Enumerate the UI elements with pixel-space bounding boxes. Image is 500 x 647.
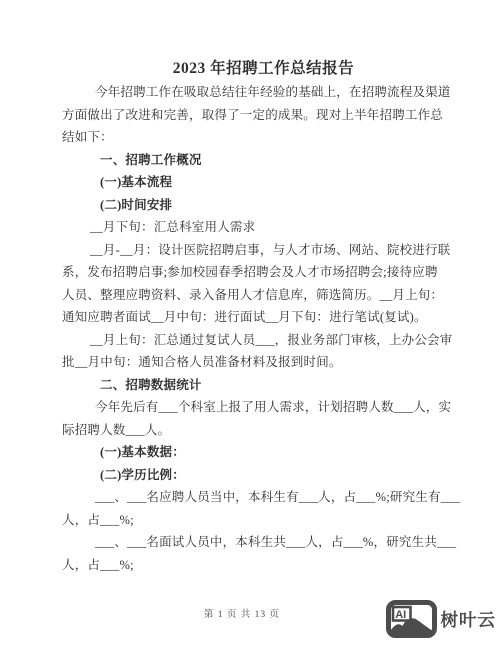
document-line: 人，占___%; <box>62 554 437 577</box>
document-line: __月上旬：汇总通过复试人员___，报业务部门审核，上办公会审 <box>62 329 437 352</box>
document-line: ___、___名应聘人员当中，本科生有___人，占___%;研究生有___ <box>62 486 437 509</box>
document-line: 际招聘人数___人。 <box>62 419 437 442</box>
document-line: (二)时间安排 <box>62 194 437 217</box>
document-line: 今年先后有___个科室上报了用人需求，计划招聘人数___人，实 <box>62 396 437 419</box>
document-line: __月下旬：汇总科室用人需求 <box>62 216 437 239</box>
ai-image-icon: AI <box>386 600 437 638</box>
document-line: 二、招聘数据统计 <box>62 374 437 397</box>
document-line: 一、招聘工作概况 <box>62 149 437 172</box>
document-body: 今年招聘工作在吸取总结往年经验的基础上，在招聘流程及渠道方面做出了改进和完善，取… <box>62 81 437 576</box>
document-line: 人员、整理应聘资料、录入备用人才信息库，筛选简历。__月上旬： <box>62 284 437 307</box>
document-line: ___、___名面试人员中，本科生共___人，占___%，研究生共___ <box>62 531 437 554</box>
document-line: 通知应聘者面试__月中旬：进行面试__月下旬：进行笔试(复试)。 <box>62 306 437 329</box>
document-line: 今年招聘工作在吸取总结往年经验的基础上，在招聘流程及渠道 <box>62 81 437 104</box>
document-line: 方面做出了改进和完善，取得了一定的成果。现对上半年招聘工作总 <box>62 104 437 127</box>
document-page: 2023 年招聘工作总结报告 今年招聘工作在吸取总结往年经验的基础上，在招聘流程… <box>0 0 500 647</box>
ai-icon-label: AI <box>395 609 406 621</box>
document-line: (一)基本流程 <box>62 171 437 194</box>
document-line: 系，发布招聘启事;参加校园春季招聘会及人才市场招聘会;接待应聘 <box>62 261 437 284</box>
document-line: (二)学历比例： <box>62 464 437 487</box>
document-line: (一)基本数据： <box>62 441 437 464</box>
brand-name: 树叶云 <box>441 607 497 632</box>
document-line: 结如下： <box>62 126 437 149</box>
document-line: __月-__月：设计医院招聘启事，与人才市场、网站、院校进行联 <box>62 239 437 262</box>
document-line: 人，占___%; <box>62 509 437 532</box>
brand-logo: AI 树叶云 <box>386 600 497 638</box>
document-line: 批__月中旬：通知合格人员准备材料及报到时间。 <box>62 351 437 374</box>
page-title: 2023 年招聘工作总结报告 <box>90 56 437 78</box>
